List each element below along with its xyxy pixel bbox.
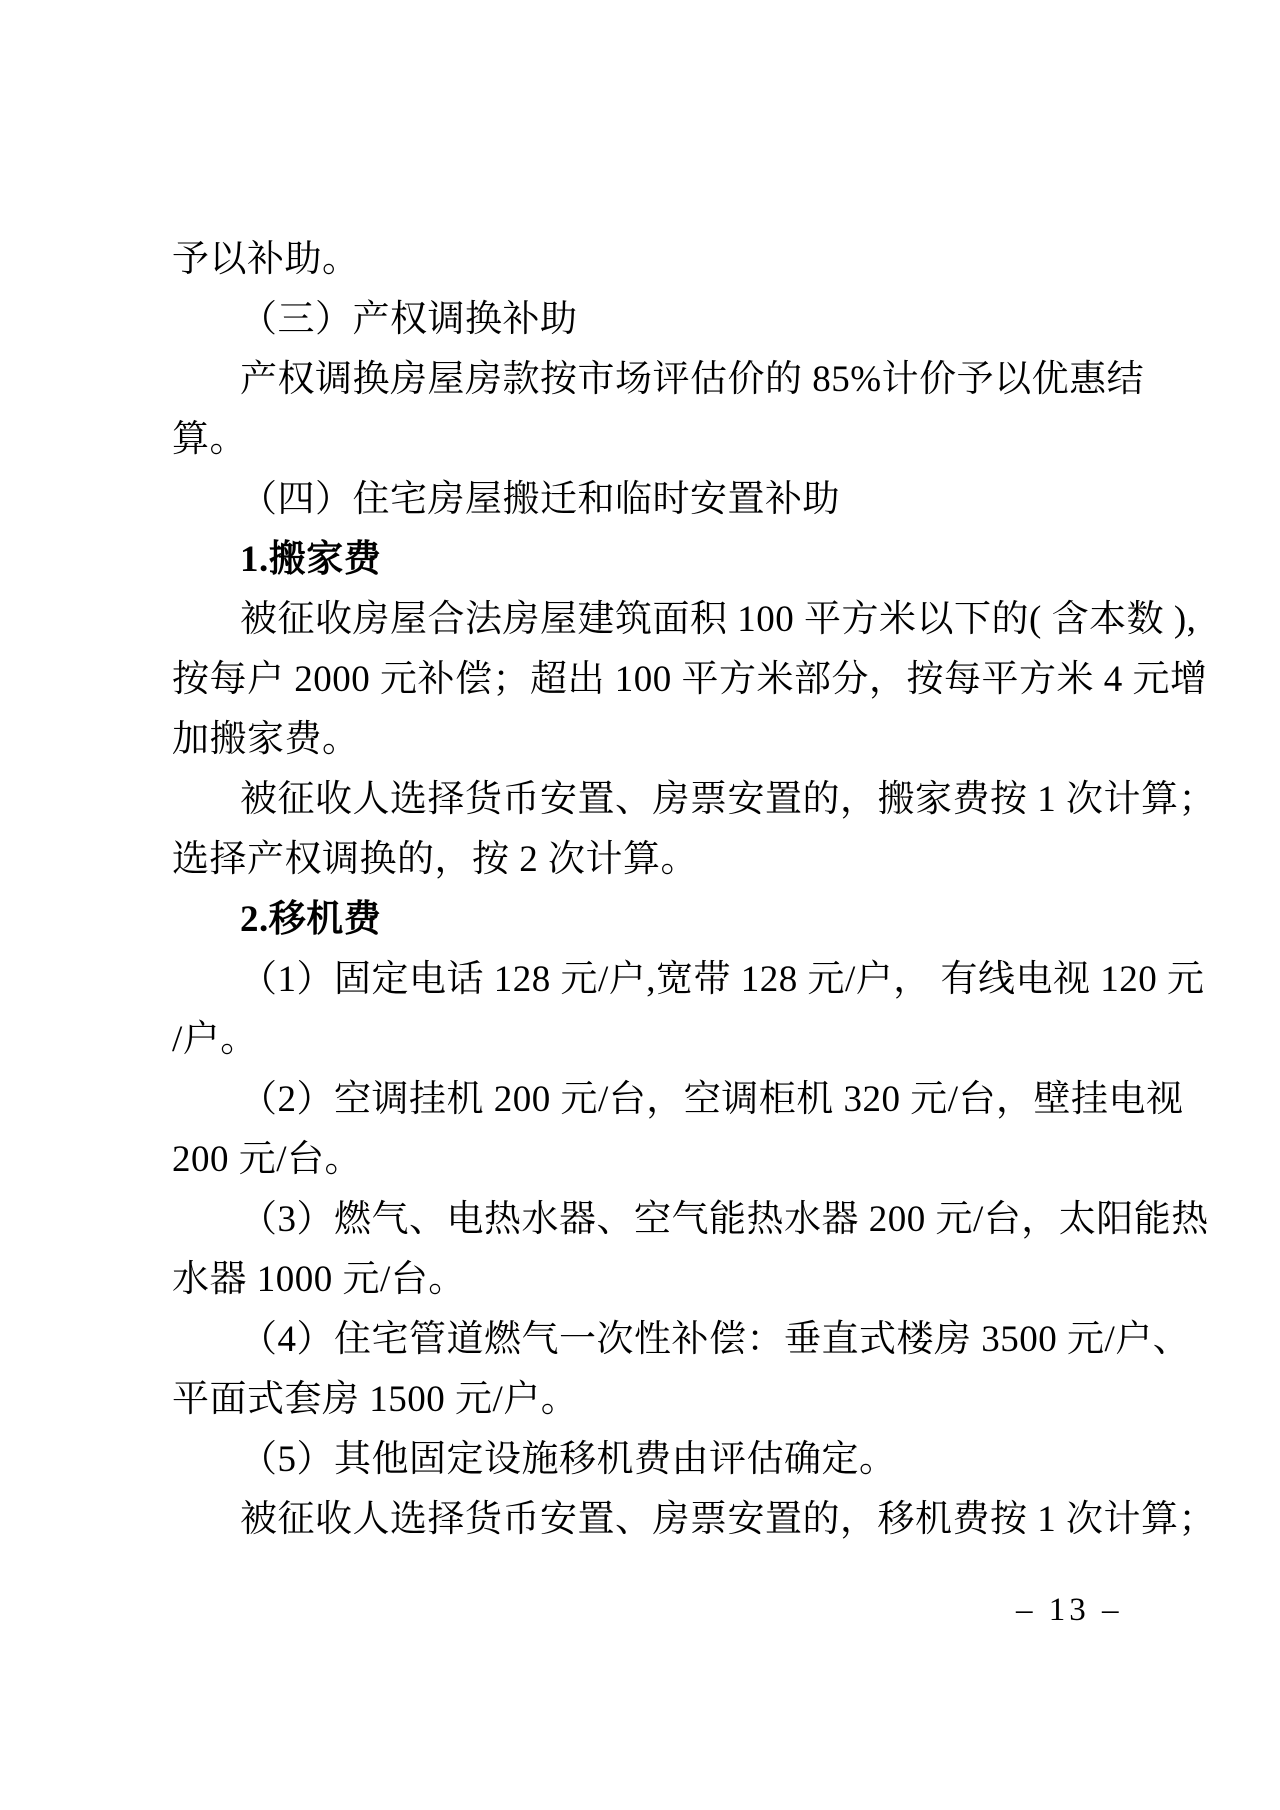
paragraph-property-swap-line-2: 算。: [172, 410, 1117, 470]
paragraph-moving-fee-line-2: 按每户 2000 元补偿；超出 100 平方米部分，按每平方米 4 元增: [172, 650, 1117, 710]
item-4-pipeline-gas-line-1: （4）住宅管道燃气一次性补偿：垂直式楼房 3500 元/户、: [172, 1310, 1117, 1370]
heading-section-4-relocation-subsidy: （四）住宅房屋搬迁和临时安置补助: [172, 470, 1117, 530]
paragraph-equipment-fee-times: 被征收人选择货币安置、房票安置的，移机费按 1 次计算；: [172, 1490, 1117, 1550]
item-3-water-heater-line-2: 水器 1000 元/台。: [172, 1250, 1117, 1310]
paragraph-property-swap-line-1: 产权调换房屋房款按市场评估价的 85%计价予以优惠结: [172, 350, 1117, 410]
item-2-air-conditioner-line-2: 200 元/台。: [172, 1130, 1117, 1190]
heading-section-3-property-swap-subsidy: （三）产权调换补助: [172, 290, 1117, 350]
item-2-air-conditioner-line-1: （2）空调挂机 200 元/台，空调柜机 320 元/台，壁挂电视: [172, 1070, 1117, 1130]
paragraph-moving-fee-line-1: 被征收房屋合法房屋建筑面积 100 平方米以下的( 含本数 ),: [172, 590, 1117, 650]
page-number: – 13 –: [1016, 1592, 1123, 1628]
item-4-pipeline-gas-line-2: 平面式套房 1500 元/户。: [172, 1370, 1117, 1430]
paragraph-subsidy-continuation: 予以补助。: [172, 230, 1117, 290]
item-1-telephone-broadband-tv-line-1: （1）固定电话 128 元/户,宽带 128 元/户， 有线电视 120 元: [172, 950, 1117, 1010]
item-5-other-fixed-facilities: （5）其他固定设施移机费由评估确定。: [172, 1430, 1117, 1490]
heading-1-moving-fee: 1.搬家费: [172, 530, 1117, 590]
heading-2-equipment-relocation-fee: 2.移机费: [172, 890, 1117, 950]
document-page: 予以补助。 （三）产权调换补助 产权调换房屋房款按市场评估价的 85%计价予以优…: [0, 0, 1280, 1810]
item-3-water-heater-line-1: （3）燃气、电热水器、空气能热水器 200 元/台，太阳能热: [172, 1190, 1117, 1250]
paragraph-moving-fee-line-3: 加搬家费。: [172, 710, 1117, 770]
item-1-telephone-broadband-tv-line-2: /户。: [172, 1010, 1117, 1070]
paragraph-moving-fee-times-line-2: 选择产权调换的，按 2 次计算。: [172, 830, 1117, 890]
document-body: 予以补助。 （三）产权调换补助 产权调换房屋房款按市场评估价的 85%计价予以优…: [172, 230, 1117, 1550]
paragraph-moving-fee-times-line-1: 被征收人选择货币安置、房票安置的，搬家费按 1 次计算；: [172, 770, 1117, 830]
